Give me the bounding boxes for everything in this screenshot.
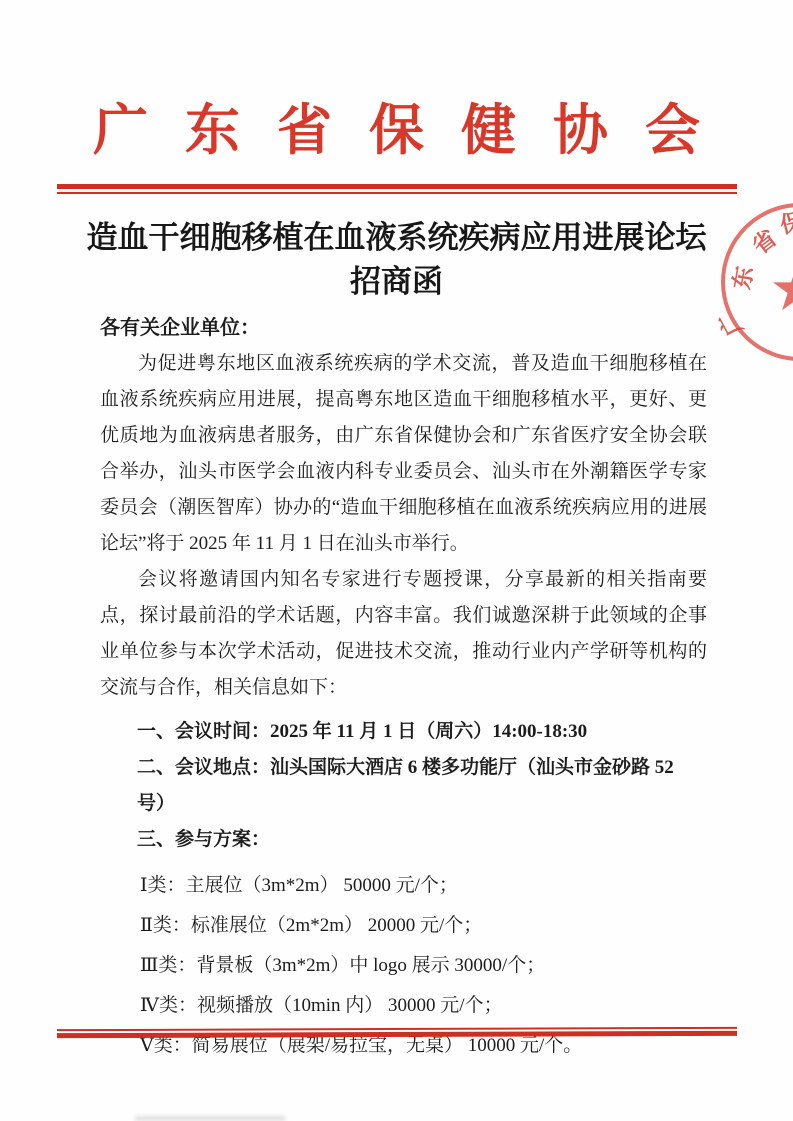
plan-item-1: Ⅰ类：主展位（3m*2m） 50000 元/个； [100, 866, 707, 906]
meeting-location-item: 二、会议地点：汕头国际大酒店 6 楼多功能厅（汕头市金砂路 52 号） [100, 750, 707, 822]
seal-star-icon: ★ [769, 252, 793, 325]
header-rule-thick [57, 184, 737, 189]
plan-item-4: Ⅳ类：视频播放（10min 内） 30000 元/个； [100, 986, 707, 1026]
letterhead-org-name: 广东省保健协会 [0, 98, 793, 164]
header-rule-thin [57, 192, 737, 194]
plan-item-3: Ⅲ类：背景板（3m*2m）中 logo 展示 30000/个； [100, 946, 707, 986]
meeting-time-item: 一、会议时间：2025 年 11 月 1 日（周六）14:00-18:30 [100, 714, 707, 750]
document-title-line1: 造血干细胞移植在血液系统疾病应用进展论坛 [50, 216, 743, 260]
salutation: 各有关企业单位： [100, 310, 707, 346]
plan-item-2: Ⅱ类：标准展位（2m*2m） 20000 元/个； [100, 906, 707, 946]
document-title: 造血干细胞移植在血液系统疾病应用进展论坛 招商函 [50, 216, 743, 304]
document-title-line2: 招商函 [50, 260, 743, 304]
meeting-info-list: 一、会议时间：2025 年 11 月 1 日（周六）14:00-18:30 二、… [100, 714, 707, 858]
scanned-letter-page: 广东省保健协会 造血干细胞移植在血液系统疾病应用进展论坛 招商函 各有关企业单位… [0, 0, 793, 1121]
letter-body: 各有关企业单位： 为促进粤东地区血液系统疾病的学术交流，普及造血干细胞移植在血液… [100, 310, 707, 1066]
paragraph-invitation: 会议将邀请国内知名专家进行专题授课，分享最新的相关指南要点，探讨最前沿的学术话题… [100, 562, 707, 706]
participation-plan-heading: 三、参与方案： [100, 822, 707, 858]
next-page-bleed-smudge [135, 1116, 285, 1121]
paragraph-intro: 为促进粤东地区血液系统疾病的学术交流，普及造血干细胞移植在血液系统疾病应用进展，… [100, 346, 707, 562]
